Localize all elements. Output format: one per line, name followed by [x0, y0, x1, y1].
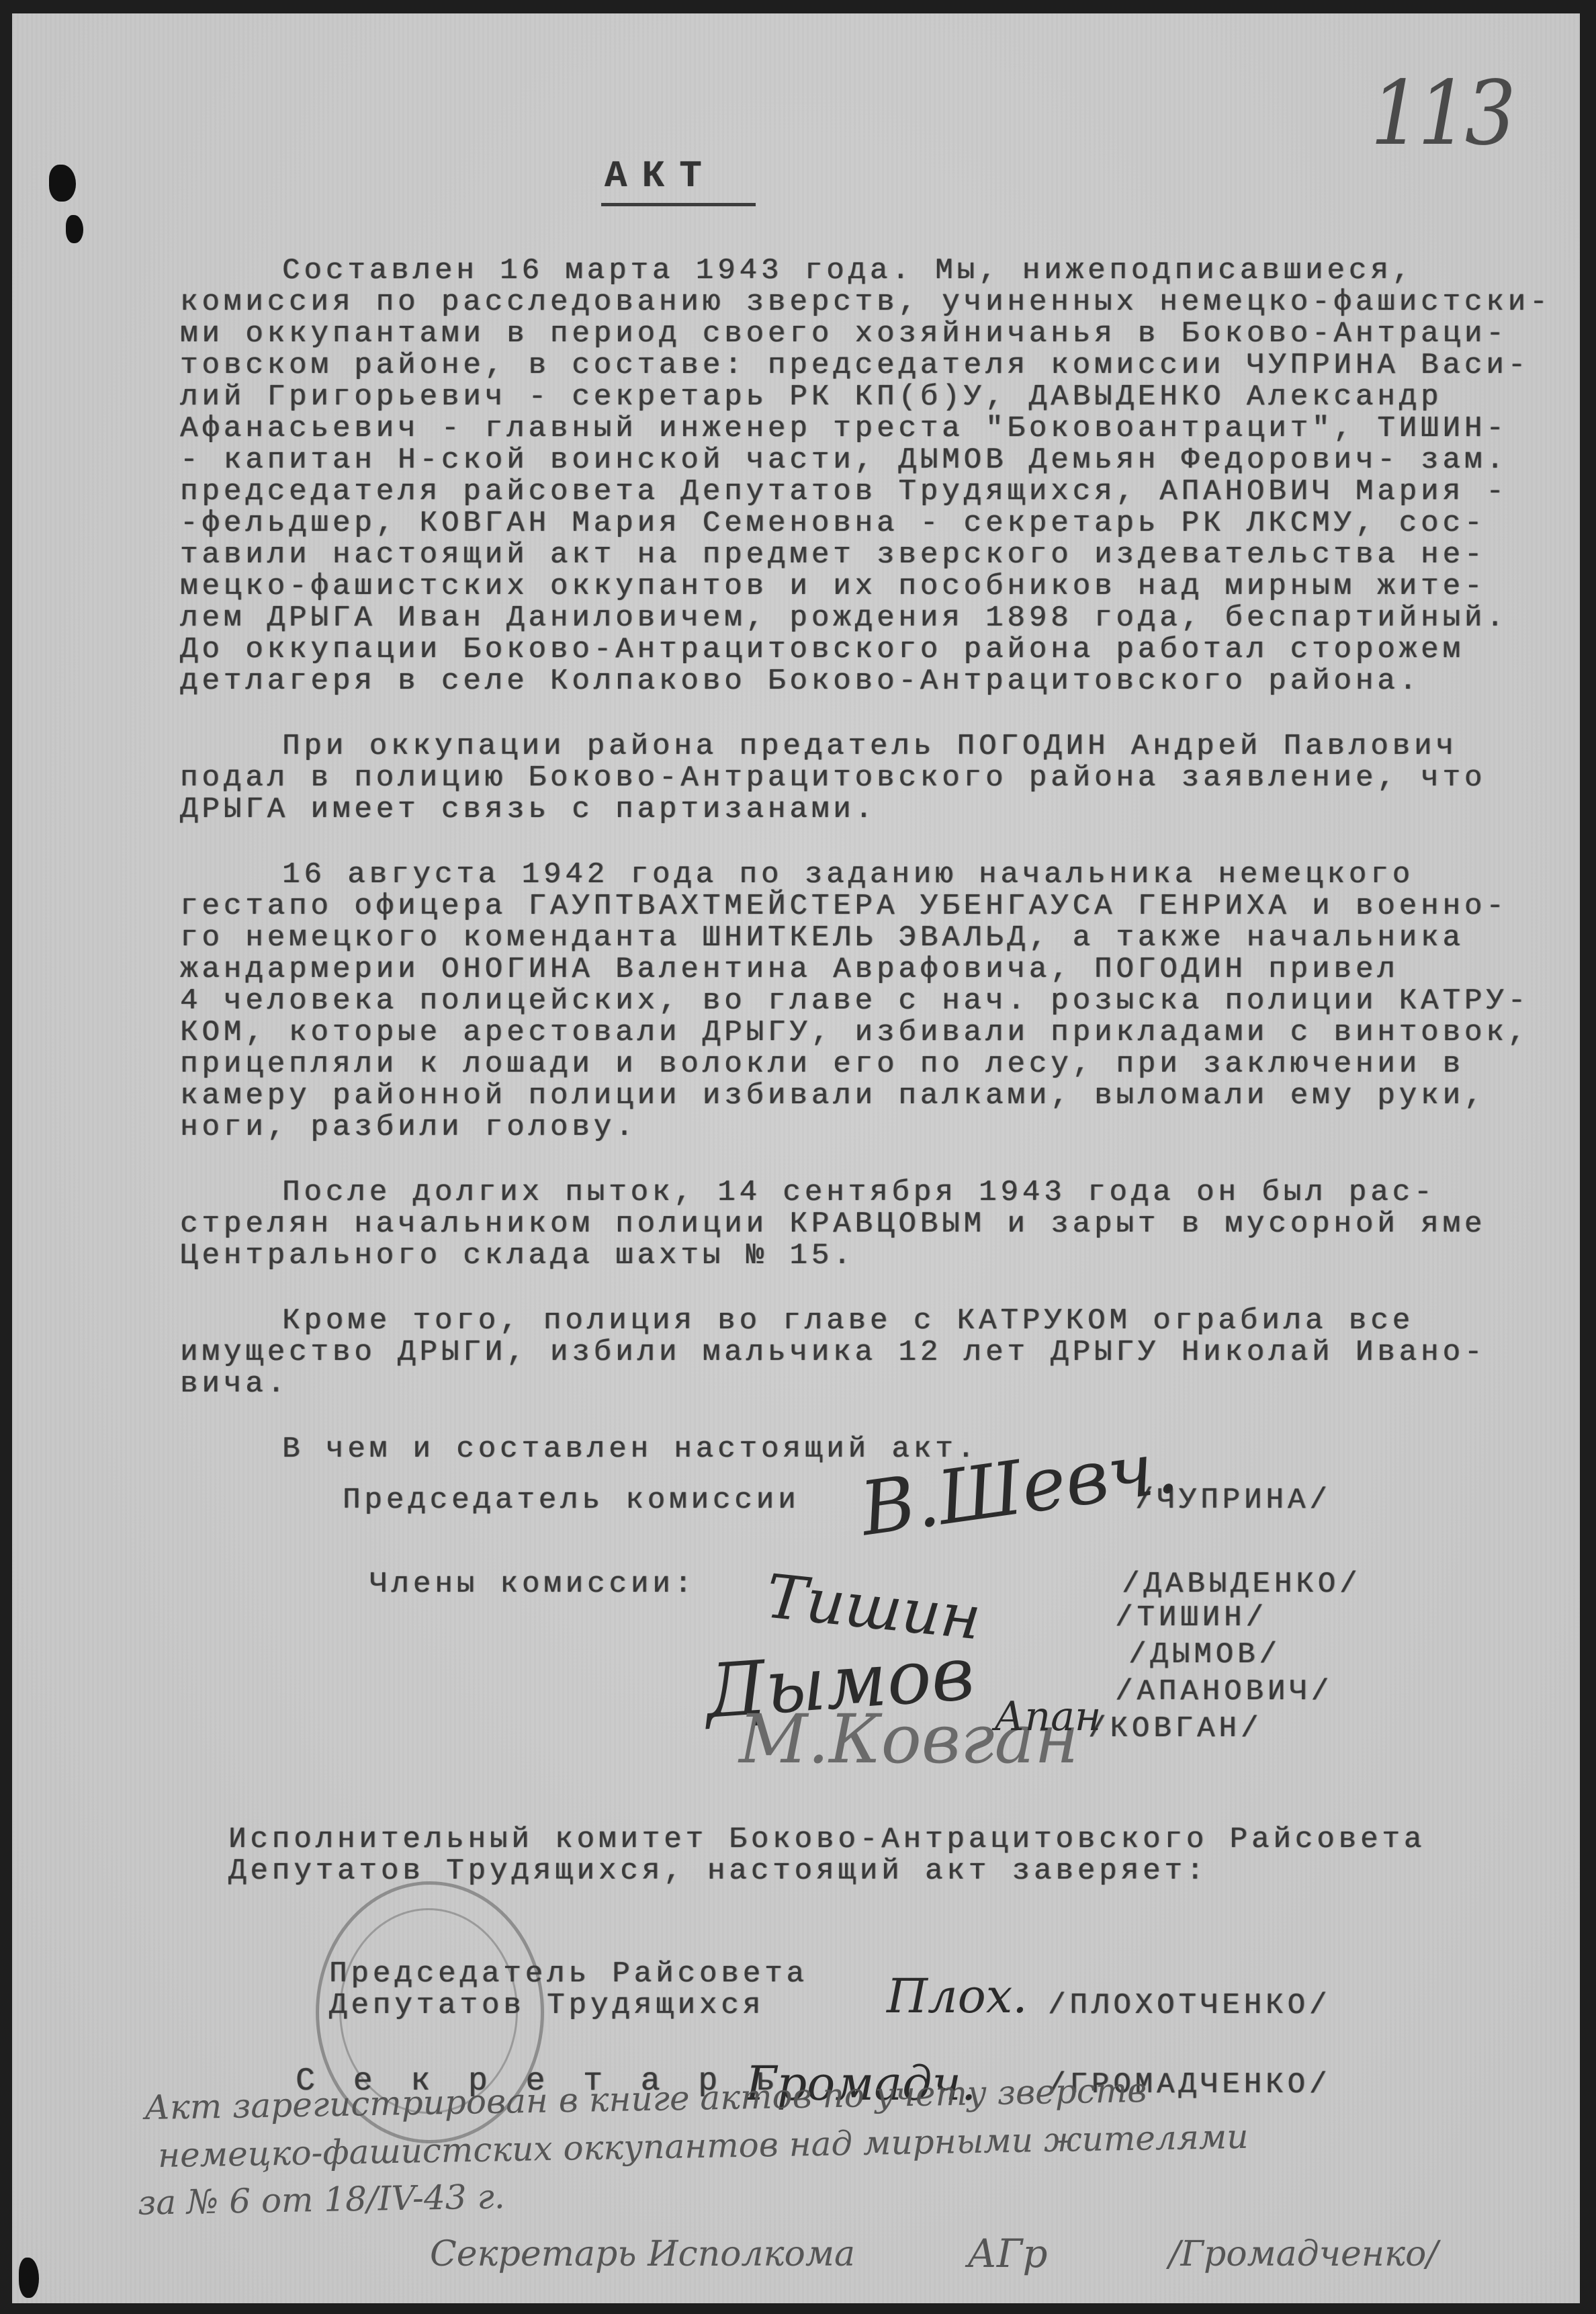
rayon-chairman-label-1: Председатель Райсовета — [329, 1959, 808, 1990]
members-label: Члены комиссии: — [369, 1569, 696, 1600]
body-line: лем ДРЫГА Иван Даниловичем, рождения 189… — [180, 603, 1508, 634]
body-line: 4 человека полицейских, во главе с нач. … — [180, 986, 1529, 1017]
body-line: При оккупации района предатель ПОГОДИН А… — [282, 731, 1458, 763]
rayon-chairman-name: /ПЛОХОТЧЕНКО/ — [1048, 1990, 1331, 2022]
body-line: ноги, разбили голову. — [180, 1112, 637, 1144]
handwritten-signoff-signature: АГр — [967, 2231, 1047, 2276]
body-line: После долгих пыток, 14 сентября 1943 год… — [282, 1177, 1435, 1209]
handwritten-signoff-name: /Громадченко/ — [1169, 2234, 1438, 2274]
body-line: подал в полицию Боково-Антрацитовского р… — [180, 763, 1486, 794]
body-line: До оккупации Боково-Антрацитовского райо… — [180, 634, 1464, 666]
handwritten-note-line-3: за № 6 от 18/IV-43 г. — [138, 2177, 506, 2223]
rayon-chairman-label-2: Депутатов Трудящихся — [329, 1990, 764, 2022]
body-line: товском районе, в составе: председателя … — [180, 350, 1529, 382]
member-name: /КОВГАН/ — [1088, 1713, 1262, 1745]
body-line: В чем и составлен настоящий акт. — [282, 1434, 979, 1465]
body-line: Центрального склада шахты № 15. — [180, 1240, 855, 1272]
body-line: Афанасьевич - главный инженер треста "Бо… — [180, 413, 1508, 445]
body-line: стрелян начальником полиции КРАВЦОВЫМ и … — [180, 1209, 1486, 1240]
body-line: камеру районной полиции избивали палками… — [180, 1080, 1486, 1112]
certification-line-2: Депутатов Трудящихся, настоящий акт заве… — [228, 1856, 1208, 1887]
body-line: -фельдшер, КОВГАН Мария Семеновна - секр… — [180, 508, 1486, 540]
body-line: вича. — [180, 1369, 289, 1400]
signature-apanovich: Апан — [994, 1693, 1101, 1740]
body-line: гестапо офицера ГАУПТВАХТМЕЙСТЕРА УБЕНГА… — [180, 891, 1508, 923]
body-line: ми оккупантами в период своего хозяйнича… — [180, 318, 1508, 350]
body-line: Составлен 16 марта 1943 года. Мы, нижепо… — [282, 255, 1414, 287]
member-name: /ДЫМОВ/ — [1128, 1639, 1281, 1671]
member-name: /АПАНОВИЧ/ — [1115, 1676, 1333, 1708]
body-line: ДРЫГА имеет связь с партизанами. — [180, 794, 877, 826]
member-name: /ТИШИН/ — [1115, 1602, 1268, 1634]
body-line: детлагеря в селе Колпаково Боково-Антрац… — [180, 666, 1421, 697]
certification-line-1: Исполнительный комитет Боково-Антрацитов… — [228, 1824, 1425, 1856]
body-line: прицепляли к лошади и волокли его по лес… — [180, 1049, 1464, 1080]
body-line: комиссия по расследованию зверств, учине… — [180, 287, 1551, 318]
body-line: имущество ДРЫГИ, избили мальчика 12 лет … — [180, 1337, 1486, 1369]
body-line: мецко-фашистских оккупантов и их пособни… — [180, 571, 1486, 603]
member-name: /ДАВЫДЕНКО/ — [1122, 1569, 1361, 1600]
chairman-label: Председатель комиссии — [343, 1485, 800, 1516]
body-line: го немецкого коменданта ШНИТКЕЛЬ ЭВАЛЬД,… — [180, 923, 1464, 954]
body-line: лий Григорьевич - секретарь РК КП(б)У, Д… — [180, 382, 1442, 413]
handwritten-signoff: Секретарь Исполкома — [430, 2234, 855, 2274]
body-line: КОМ, которые арестовали ДРЫГУ, избивали … — [180, 1017, 1529, 1049]
body-line: Кроме того, полиция во главе с КАТРУКОМ … — [282, 1305, 1414, 1337]
body-line: 16 августа 1942 года по заданию начальни… — [282, 859, 1414, 891]
body-line: жандармерии ОНОГИНА Валентина Аврафовича… — [180, 954, 1399, 986]
body-line: - капитан Н-ской воинской части, ДЫМОВ Д… — [180, 445, 1508, 476]
signature-plokhotchenko: Плох. — [887, 1969, 1028, 2024]
body-line: председателя райсовета Депутатов Трудящи… — [180, 476, 1508, 508]
body-line: тавили настоящий акт на предмет зверског… — [180, 540, 1486, 571]
